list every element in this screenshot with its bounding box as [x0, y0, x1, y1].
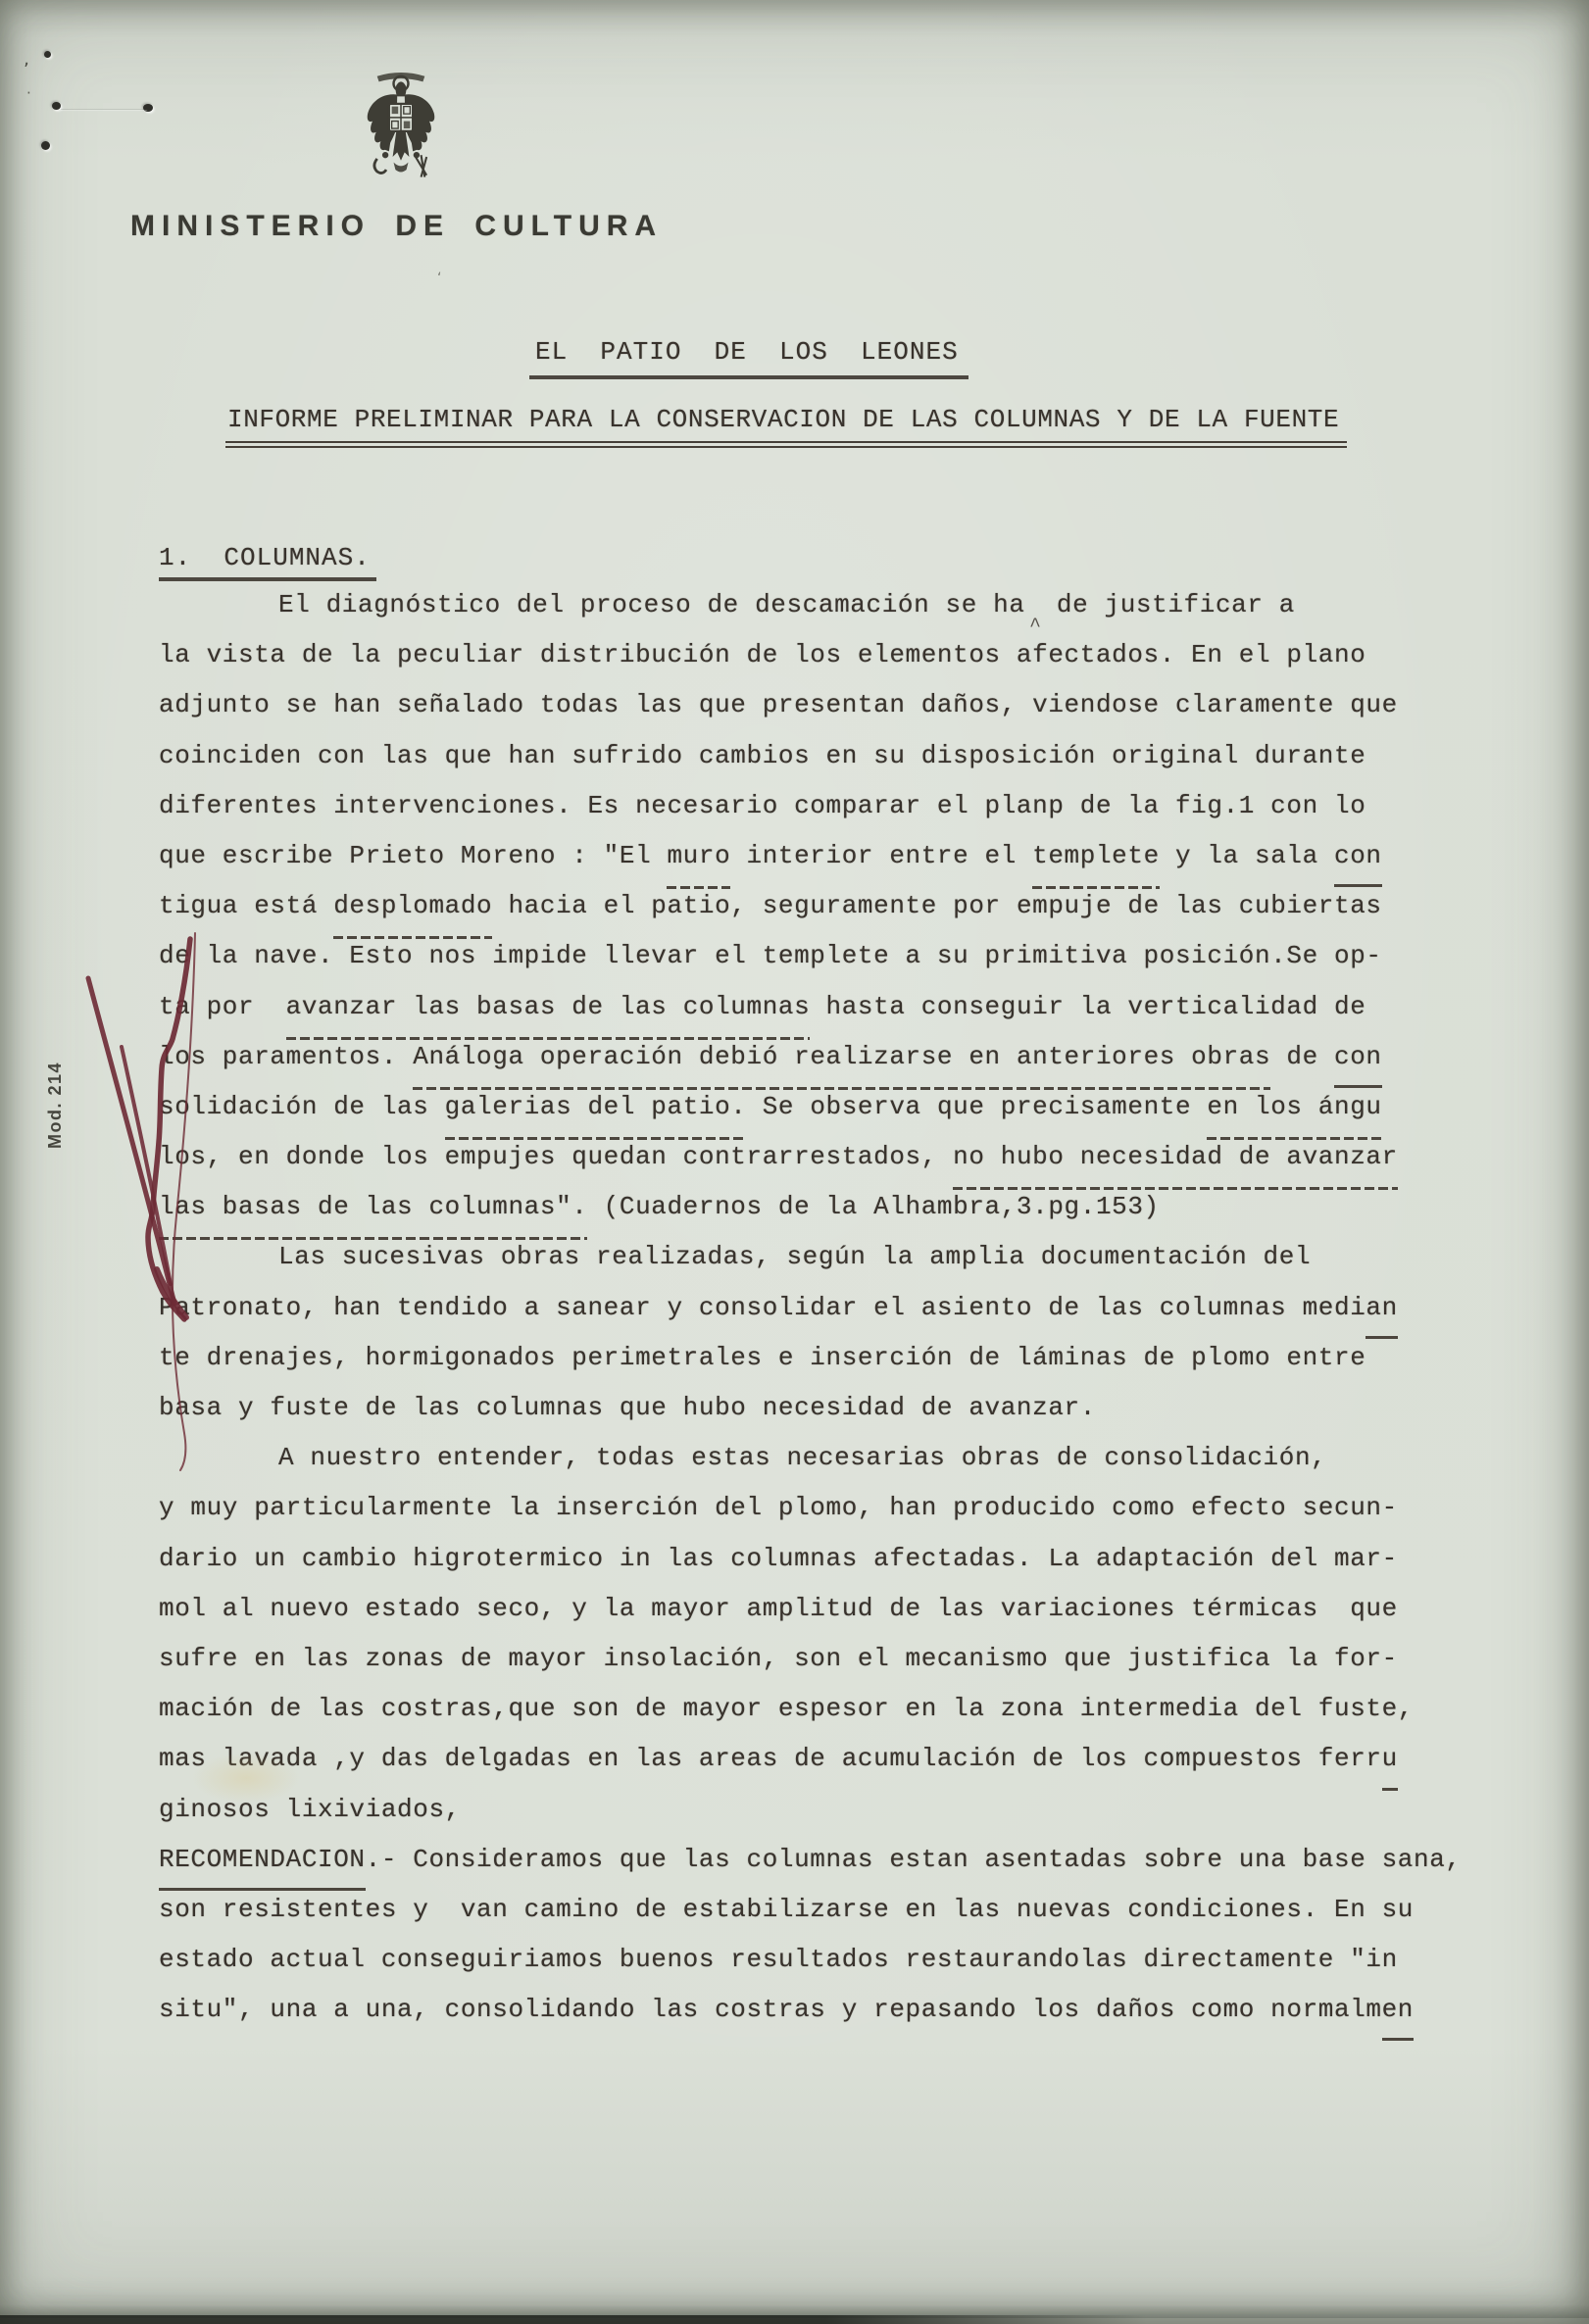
text-line: Patronato, han tendido a sanear y consol… — [159, 1283, 1462, 1333]
text-segment: hacia el patio, seguramente por empuje d… — [492, 891, 1381, 920]
text-line: A nuestro entender, todas estas necesari… — [159, 1433, 1462, 1483]
text-line: coinciden con las que han sufrido cambio… — [159, 731, 1462, 781]
text-segment: y la sala — [1160, 841, 1334, 870]
staple-hole — [52, 102, 61, 110]
text-line: de la nave. Esto nos impide llevar el te… — [159, 931, 1462, 981]
body-text: El diagnóstico del proceso de descamació… — [159, 580, 1462, 2035]
text-line: la vista de la peculiar distribución de … — [159, 630, 1462, 680]
underlined-text: RECOMENDACION — [159, 1835, 366, 1891]
text-line: dario un cambio higrotermico in las colu… — [159, 1534, 1462, 1584]
page-bottom-edge — [0, 2315, 1147, 2324]
text-line: te drenajes, hormigonados perimetrales e… — [159, 1333, 1462, 1383]
insertion-caret-mark: ^ — [1029, 616, 1041, 638]
form-number: Mod. 214 — [45, 1062, 66, 1149]
text-segment: mas lavada ,y das delgadas en las areas … — [159, 1744, 1382, 1773]
text-segment: son resistentes y van camino de estabili… — [159, 1895, 1414, 1924]
ink-speck: ‘ — [437, 271, 441, 286]
text-segment: Patronato, han tendido a sanear y consol… — [159, 1293, 1366, 1322]
text-segment: A nuestro entender, todas estas necesari… — [278, 1443, 1326, 1472]
scanned-document-page: ‚ · ‘ MINI — [0, 0, 1589, 2324]
underlined-text: an — [1366, 1283, 1397, 1339]
underlined-text: u — [1382, 1734, 1398, 1790]
text-line: sufre en las zonas de mayor insolación, … — [159, 1634, 1462, 1684]
text-segment: ginosos lixiviados, — [159, 1795, 461, 1824]
text-line: mas lavada ,y das delgadas en las areas … — [159, 1734, 1462, 1784]
text-segment: adjunto se han señalado todas las que pr… — [159, 690, 1398, 719]
text-line: ta por avanzar las basas de las columnas… — [159, 982, 1462, 1032]
text-segment: (Cuadernos de la Alhambra,3.pg.153) — [587, 1192, 1159, 1221]
text-segment: ta por — [159, 992, 286, 1021]
paper-stain — [192, 1753, 300, 1804]
underlined-text: con — [1334, 1032, 1382, 1088]
text-segment: que escribe Prieto Moreno : "El — [159, 841, 667, 870]
text-segment: hasta conseguir la verticalidad de — [810, 992, 1366, 1021]
ink-speck: ‚ — [24, 49, 29, 70]
text-segment: de la nave. Esto nos impide llevar el te… — [159, 941, 1382, 970]
text-line: tigua está desplomado hacia el patio, se… — [159, 881, 1462, 931]
text-line: mol al nuevo estado seco, y la mayor amp… — [159, 1584, 1462, 1634]
staple-hole — [143, 104, 153, 112]
underlined-text: con — [1334, 831, 1382, 887]
text-segment: de — [1270, 1042, 1334, 1071]
text-segment: Las sucesivas obras realizadas, según la… — [278, 1242, 1311, 1271]
ink-speck: · — [26, 84, 31, 102]
text-segment: situ", una a una, consolidando las costr… — [159, 1995, 1382, 2024]
text-segment: .- Consideramos que las columnas estan a… — [366, 1845, 1462, 1874]
text-segment: tigua está — [159, 891, 333, 920]
text-segment: diferentes intervenciones. Es necesario … — [159, 791, 1366, 820]
text-segment: mol al nuevo estado seco, y la mayor amp… — [159, 1594, 1398, 1623]
text-segment: interior entre el — [730, 841, 1032, 870]
text-segment: Se observa que precisamente — [747, 1092, 1208, 1121]
text-line: estado actual conseguiriamos buenos resu… — [159, 1935, 1462, 1985]
text-line: situ", una a una, consolidando las costr… — [159, 1985, 1462, 2035]
document-subtitle: INFORME PRELIMINAR PARA LA CONSERVACION … — [225, 405, 1347, 448]
text-line: los paramentos. Análoga operación debió … — [159, 1032, 1462, 1082]
text-line: RECOMENDACION.- Consideramos que las col… — [159, 1835, 1462, 1885]
text-segment: y muy particularmente la inserción del p… — [159, 1493, 1398, 1522]
text-segment: la vista de la peculiar distribución de … — [159, 640, 1366, 669]
ministry-letterhead: MINISTERIO DE CULTURA — [130, 210, 663, 243]
document-title: EL PATIO DE LOS LEONES — [529, 337, 968, 379]
text-line: que escribe Prieto Moreno : "El muro int… — [159, 831, 1462, 881]
section-heading: 1. COLUMNAS. — [159, 543, 376, 581]
underlined-text: en — [1382, 1985, 1414, 2041]
text-segment: te drenajes, hormigonados perimetrales e… — [159, 1343, 1366, 1372]
text-segment: sufre en las zonas de mayor insolación, … — [159, 1644, 1398, 1673]
text-segment: El diagnóstico del proceso de descamació… — [278, 590, 1295, 619]
text-segment: dario un cambio higrotermico in las colu… — [159, 1544, 1398, 1573]
text-segment: coinciden con las que han sufrido cambio… — [159, 741, 1366, 770]
text-segment: basa y fuste de las columnas que hubo ne… — [159, 1393, 1096, 1422]
staple-crease — [61, 109, 147, 110]
text-line: mación de las costras,que son de mayor e… — [159, 1684, 1462, 1734]
text-segment: estado actual conseguiriamos buenos resu… — [159, 1945, 1398, 1974]
text-segment: mación de las costras,que son de mayor e… — [159, 1694, 1414, 1723]
text-line: basa y fuste de las columnas que hubo ne… — [159, 1383, 1462, 1433]
text-line: Las sucesivas obras realizadas, según la… — [159, 1232, 1462, 1282]
text-line: y muy particularmente la inserción del p… — [159, 1483, 1462, 1533]
text-line: adjunto se han señalado todas las que pr… — [159, 680, 1462, 730]
text-segment: solidación de las — [159, 1092, 445, 1121]
text-line: El diagnóstico del proceso de descamació… — [159, 580, 1462, 630]
text-segment: los, en donde los empujes quedan contrar… — [159, 1142, 953, 1171]
text-line: solidación de las galerias del patio. Se… — [159, 1082, 1462, 1132]
text-line: ginosos lixiviados, — [159, 1785, 1462, 1835]
staple-hole — [41, 141, 50, 150]
staple-hole — [44, 51, 51, 58]
spanish-eagle-coat-of-arms-icon — [359, 71, 443, 188]
text-line: diferentes intervenciones. Es necesario … — [159, 781, 1462, 831]
text-line: son resistentes y van camino de estabili… — [159, 1885, 1462, 1935]
text-line: los, en donde los empujes quedan contrar… — [159, 1132, 1462, 1182]
text-segment: los paramentos. — [159, 1042, 413, 1071]
